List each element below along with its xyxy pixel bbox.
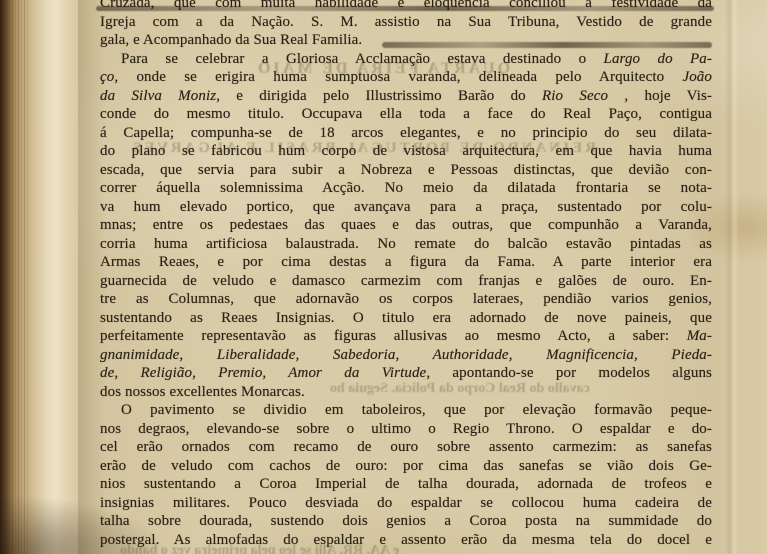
text-line: gnanimidade, Liberalidade, Sabedoria, Au…	[100, 346, 712, 365]
text-segment: corria huma artificiosa balaustrada. No …	[100, 236, 712, 252]
text-segment: , apontando-se por modelos alguns	[426, 365, 712, 381]
text-line: ço, onde se erigira huma sumptuosa varan…	[100, 68, 712, 87]
text-line: conde do mesmo titulo. Occupava ella tod…	[100, 105, 712, 124]
text-segment: correr áquella solemnissima Acção. No me…	[100, 180, 712, 196]
italic-text-segment: João	[682, 69, 712, 85]
text-segment: Para se celebrar a Gloriosa Acclamação e…	[121, 51, 604, 67]
text-line: va hum elevado portico, que avançava par…	[100, 198, 712, 217]
text-line: de, Religião, Premio, Amor da Virtude, a…	[100, 364, 712, 383]
text-line: Armas Reaes, e por cima destas a figura …	[100, 253, 712, 272]
text-line: perfeitamente representavão as figuras a…	[100, 327, 712, 346]
italic-text-segment: Ma-	[687, 328, 712, 344]
text-segment: nos degraos, elevando-se sobre o ultimo …	[100, 421, 712, 437]
text-segment: dos nossos excellentes Monarcas.	[100, 384, 305, 400]
text-segment: Armas Reaes, e por cima destas a figura …	[100, 254, 712, 270]
text-line: nos degraos, elevando-se sobre o ultimo …	[100, 420, 712, 439]
text-line: guarnecida de veludo e damasco carmezim …	[100, 272, 712, 291]
text-line: correr áquella solemnissima Acção. No me…	[100, 179, 712, 198]
text-segment: escada, que servia para subir a Nobreza …	[100, 162, 712, 178]
text-line: mnas; entre os pedestaes das quaes e das…	[100, 216, 712, 235]
italic-text-segment: gnanimidade, Liberalidade, Sabedoria, Au…	[100, 347, 712, 363]
text-segment: , e dirigida pelo Illustrissimo Barão do	[216, 88, 542, 104]
italic-text-segment: da Silva Moniz	[100, 88, 216, 104]
text-line: O pavimento se dividio em taboleiros, qu…	[100, 401, 712, 420]
paragraph: O pavimento se dividio em taboleiros, qu…	[100, 401, 712, 549]
text-segment: conde do mesmo titulo. Occupava ella tod…	[100, 106, 712, 122]
text-block: Cruzada, que com muita habilidade e eloq…	[100, 0, 712, 549]
text-segment: gala, e Acompanhado da Sua Real Familia.	[100, 32, 362, 48]
text-segment: do plano se fabricou hum corpo de vistos…	[100, 143, 712, 159]
text-line: dos nossos excellentes Monarcas.	[100, 383, 712, 402]
text-line: do plano se fabricou hum corpo de vistos…	[100, 142, 712, 161]
text-segment: , onde se erigira huma sumptuosa varanda…	[114, 69, 682, 85]
italic-text-segment: Largo do Pa-	[604, 51, 712, 67]
bottom-left-corner-shadow	[0, 494, 170, 554]
scanned-book-page: { "document": { "kind": "antique printed…	[0, 0, 767, 554]
paragraph: Para se celebrar a Gloriosa Acclamação e…	[100, 50, 712, 402]
text-line: postergal. As almofadas do espaldar e as…	[100, 531, 712, 550]
text-segment: á Capella; compunha-se de 18 arcos elega…	[100, 125, 712, 141]
italic-text-segment: ço	[100, 69, 114, 85]
text-segment: Igreja com a da Nação. S. M. assistio na…	[100, 14, 712, 30]
italic-text-segment: Rio Seco	[542, 88, 608, 104]
text-line: escada, que servia para subir a Nobreza …	[100, 161, 712, 180]
text-segment: O pavimento se dividio em taboleiros, qu…	[121, 402, 712, 418]
text-line: sustentando as Reaes Insignias. O titulo…	[100, 309, 712, 328]
text-line: Igreja com a da Nação. S. M. assistio na…	[100, 13, 712, 32]
text-segment: , hoje Vis-	[608, 88, 712, 104]
text-segment: tre as Columnas, que adornavão os corpos…	[100, 291, 712, 307]
text-line: Para se celebrar a Gloriosa Acclamação e…	[100, 50, 712, 69]
text-line: tre as Columnas, que adornavão os corpos…	[100, 290, 712, 309]
ink-smudge-rule	[96, 6, 714, 11]
text-line: á Capella; compunha-se de 18 arcos elega…	[100, 124, 712, 143]
text-line: talha sobre dourada, sustendo dois genio…	[100, 512, 712, 531]
text-segment: nios sustentando a Coroa Imperial de tal…	[100, 476, 712, 492]
text-line: insignias militares. Pouco desviada do e…	[100, 494, 712, 513]
text-segment: sustentando as Reaes Insignias. O titulo…	[100, 310, 712, 326]
text-line: da Silva Moniz, e dirigida pelo Illustri…	[100, 87, 712, 106]
text-segment: talha sobre dourada, sustendo dois genio…	[100, 513, 712, 529]
text-line: cel erão ornados com recamo de ouro sobr…	[100, 438, 712, 457]
text-line: erão de veludo com cachos de ouro: por c…	[100, 457, 712, 476]
italic-text-segment: de, Religião, Premio, Amor da Virtude	[100, 365, 426, 381]
text-segment: perfeitamente representavão as figuras a…	[100, 328, 687, 344]
text-segment: mnas; entre os pedestaes das quaes e das…	[100, 217, 712, 233]
text-segment: insignias militares. Pouco desviada do e…	[100, 495, 712, 511]
text-line: corria huma artificiosa balaustrada. No …	[100, 235, 712, 254]
text-segment: erão de veludo com cachos de ouro: por c…	[100, 458, 712, 474]
text-segment: va hum elevado portico, que avançava par…	[100, 199, 712, 215]
ink-smudge-rule	[382, 42, 712, 48]
text-segment: guarnecida de veludo e damasco carmezim …	[100, 273, 712, 289]
text-segment: cel erão ornados com recamo de ouro sobr…	[100, 439, 712, 455]
text-line: nios sustentando a Coroa Imperial de tal…	[100, 475, 712, 494]
text-segment: postergal. As almofadas do espaldar e as…	[100, 532, 712, 548]
